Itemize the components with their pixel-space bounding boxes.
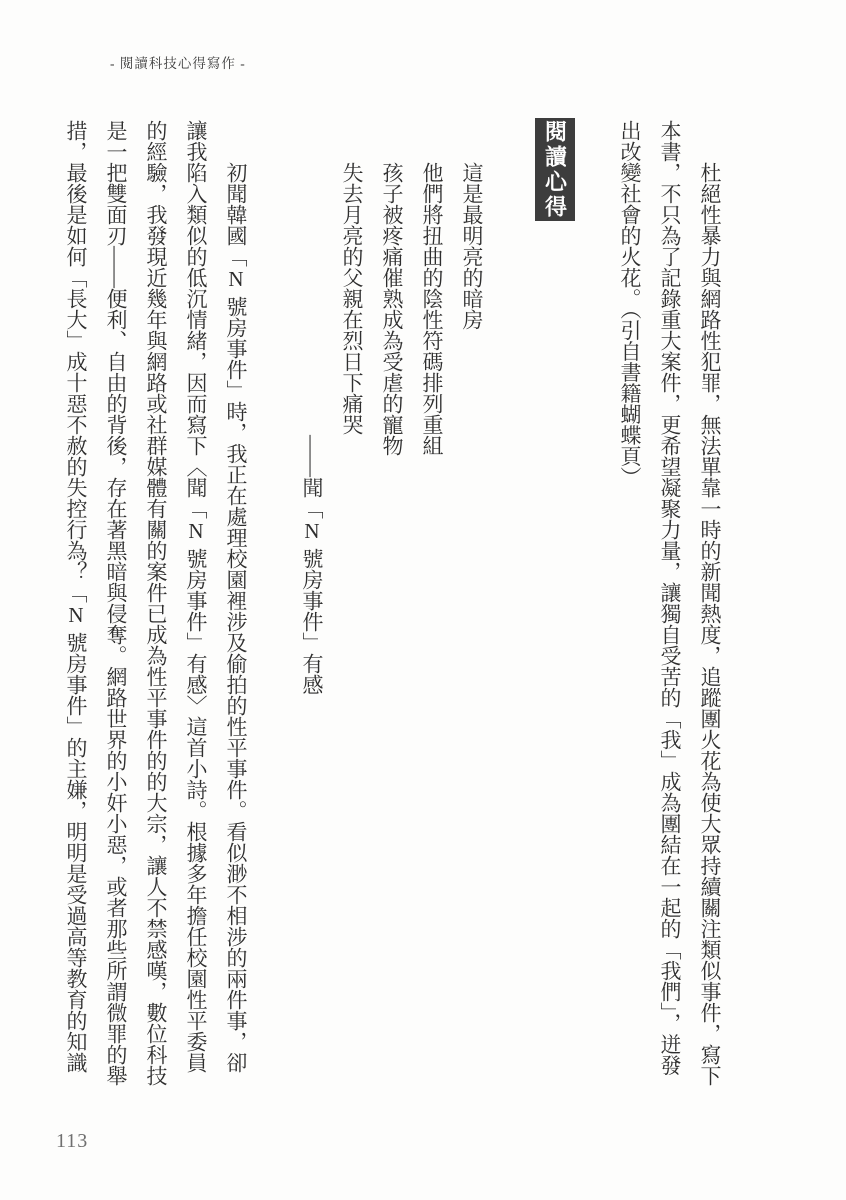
poem-line: 這是最明亮的暗房	[452, 120, 492, 1095]
poem-line: 失去月亮的父親在烈日下痛哭	[332, 120, 372, 1095]
quote-column: 出改變社會的火花。（引自書籍蝴蝶頁）	[610, 120, 650, 1095]
body-column: 初聞韓國「N 號房事件」時，我正在處理校園裡涉及偷拍的性平事件。看似渺不相涉的兩…	[216, 120, 256, 1095]
body-column: 讓我陷入類似的低沉情緒，因而寫下〈聞「N 號房事件」有感〉這首小詩。根據多年擔任…	[176, 120, 216, 1095]
body-column: 措，最後是如何「長大」成十惡不赦的失控行為？「N 號房事件」的主嫌，明明是受過高…	[56, 120, 96, 1095]
poem-line: 孩子被疼痛催熟成為受虐的寵物	[372, 120, 412, 1095]
page-number: 113	[56, 1130, 88, 1153]
body-text: 初聞韓國「N 號房事件」時，我正在處理校園裡涉及偷拍的性平事件。看似渺不相涉的兩…	[56, 120, 256, 1095]
body-column: 是一把雙面刃——便利、自由的背後，存在著黑暗與侵奪。網路世界的小奸小惡，或者那些…	[96, 120, 136, 1095]
body-column: 的經驗，我發現近幾年與網路或社群媒體有關的案件已成為性平事件的的大宗，讓人不禁感…	[136, 120, 176, 1095]
poem: 這是最明亮的暗房 他們將扭曲的陰性符碼排列重組 孩子被疼痛催熟成為受虐的寵物 失…	[292, 120, 492, 1095]
running-header: - 閱讀科技心得寫作 -	[110, 52, 246, 72]
section-badge-reading-reflection: 閱讀心得	[535, 118, 575, 221]
book-quote: 杜絕性暴力與網路性犯罪，無法單靠一時的新聞熱度，追蹤團火花為使大眾持續關注類似事…	[610, 120, 730, 1095]
poem-attribution: ——聞「N 號房事件」有感	[292, 120, 332, 1095]
quote-column: 杜絕性暴力與網路性犯罪，無法單靠一時的新聞熱度，追蹤團火花為使大眾持續關注類似事…	[690, 120, 730, 1095]
poem-line: 他們將扭曲的陰性符碼排列重組	[412, 120, 452, 1095]
quote-column: 本書，不只為了記錄重大案件，更希望凝聚力量，讓獨自受苦的「我」成為團結在一起的「…	[650, 120, 690, 1095]
